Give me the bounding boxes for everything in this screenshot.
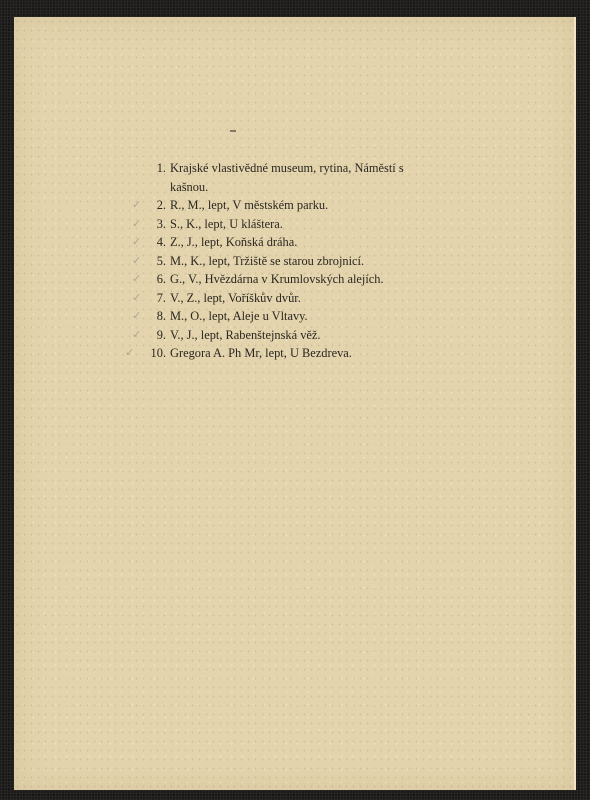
item-number: 4. bbox=[142, 233, 166, 252]
paper-sheet: 1. Krajské vlastivědné museum, rytina, N… bbox=[14, 17, 576, 790]
list-item: ✓ 2. R., M., lept, V městském parku. bbox=[142, 196, 442, 215]
list-item: 1. Krajské vlastivědné museum, rytina, N… bbox=[142, 159, 442, 196]
item-number: 9. bbox=[142, 326, 166, 345]
item-text: V., Z., lept, Voříškův dvůr. bbox=[167, 289, 442, 308]
item-number: 6. bbox=[142, 270, 166, 289]
pencil-check-icon: ✓ bbox=[132, 270, 141, 289]
pencil-check-icon: ✓ bbox=[125, 344, 134, 363]
list-item: ✓ 7. V., Z., lept, Voříškův dvůr. bbox=[142, 289, 442, 308]
pencil-check-icon: ✓ bbox=[132, 196, 141, 215]
item-number: 7. bbox=[142, 289, 166, 308]
item-number: 8. bbox=[142, 307, 166, 326]
pencil-check-icon: ✓ bbox=[132, 326, 141, 345]
item-number: 10. bbox=[135, 344, 166, 363]
item-text: G., V., Hvězdárna v Krumlovských alejích… bbox=[167, 270, 442, 289]
item-text: Gregora A. Ph Mr, lept, U Bezdreva. bbox=[167, 344, 442, 363]
paper-edge bbox=[574, 17, 576, 790]
item-text: M., K., lept, Tržiště se starou zbrojnic… bbox=[167, 252, 442, 271]
list-item: ✓ 9. V., J., lept, Rabenštejnská věž. bbox=[142, 326, 442, 345]
list-item: ✓ 10. Gregora A. Ph Mr, lept, U Bezdreva… bbox=[142, 344, 442, 363]
pencil-check-icon: ✓ bbox=[132, 307, 141, 326]
pencil-check-icon: ✓ bbox=[132, 215, 141, 234]
item-text: V., J., lept, Rabenštejnská věž. bbox=[167, 326, 442, 345]
item-number: 3. bbox=[142, 215, 166, 234]
pencil-dash-mark bbox=[230, 130, 236, 132]
pencil-check-icon: ✓ bbox=[132, 289, 141, 308]
list-item: ✓ 4. Z., J., lept, Koňská dráha. bbox=[142, 233, 442, 252]
list-item: ✓ 3. S., K., lept, U kláštera. bbox=[142, 215, 442, 234]
artwork-list: 1. Krajské vlastivědné museum, rytina, N… bbox=[142, 159, 442, 363]
item-text: R., M., lept, V městském parku. bbox=[167, 196, 442, 215]
list-item: ✓ 5. M., K., lept, Tržiště se starou zbr… bbox=[142, 252, 442, 271]
item-text: M., O., lept, Aleje u Vltavy. bbox=[167, 307, 442, 326]
pencil-check-icon: ✓ bbox=[132, 233, 141, 252]
list-item: ✓ 6. G., V., Hvězdárna v Krumlovských al… bbox=[142, 270, 442, 289]
list-item: ✓ 8. M., O., lept, Aleje u Vltavy. bbox=[142, 307, 442, 326]
item-text: S., K., lept, U kláštera. bbox=[167, 215, 442, 234]
item-text: Krajské vlastivědné museum, rytina, Námě… bbox=[167, 159, 442, 196]
item-number: 5. bbox=[142, 252, 166, 271]
item-number: 1. bbox=[142, 159, 166, 178]
pencil-check-icon: ✓ bbox=[132, 252, 141, 271]
item-text: Z., J., lept, Koňská dráha. bbox=[167, 233, 442, 252]
item-number: 2. bbox=[142, 196, 166, 215]
